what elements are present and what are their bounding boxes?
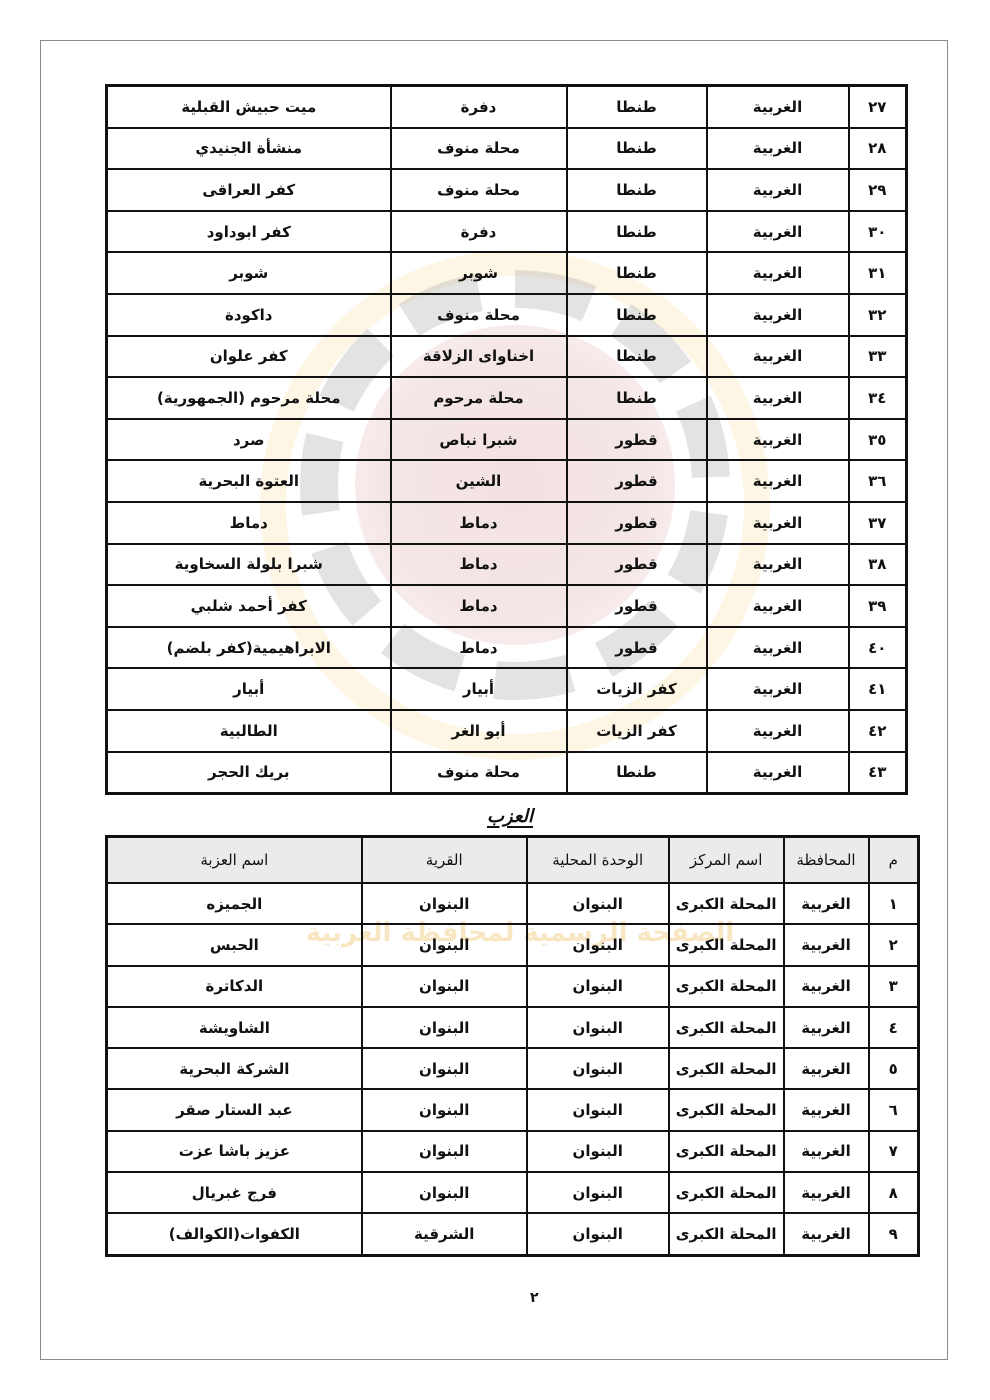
cell-ezba: فرج غبريال: [107, 1172, 362, 1213]
page-number: ٢: [530, 1290, 539, 1306]
cell-no: ٣١: [849, 252, 907, 294]
cell-unit: البنوان: [527, 924, 669, 965]
cell-no: ٩: [869, 1213, 919, 1255]
ezab-table: م المحافظة اسم المركز الوحدة المحلية الق…: [105, 835, 920, 1257]
header-unit: الوحدة المحلية: [527, 837, 669, 884]
cell-no: ٣٣: [849, 336, 907, 378]
cell-unit: دفرة: [391, 86, 567, 128]
cell-village: داكودة: [107, 294, 391, 336]
villages-table-body: ٢٧الغربيةطنطادفرةميت حبيش القبلية٢٨الغرب…: [107, 86, 907, 794]
cell-governorate: الغربية: [784, 1172, 869, 1213]
cell-unit: البنوان: [527, 1007, 669, 1048]
table-row: ٩الغربيةالمحلة الكبرىالبنوانالشرقيةالكفو…: [107, 1213, 919, 1255]
cell-no: ٤٠: [849, 627, 907, 669]
cell-ezba: عبد الستار صقر: [107, 1089, 362, 1130]
cell-unit: دماط: [391, 502, 567, 544]
cell-unit: البنوان: [527, 883, 669, 924]
cell-village: البنوان: [362, 1089, 527, 1130]
cell-center: طنطا: [567, 169, 707, 211]
cell-unit: اخناواى الزلاقة: [391, 336, 567, 378]
table-row: ٦الغربيةالمحلة الكبرىالبنوانالبنوانعبد ا…: [107, 1089, 919, 1130]
cell-center: طنطا: [567, 211, 707, 253]
cell-unit: البنوان: [527, 1172, 669, 1213]
cell-village: كفر علوان: [107, 336, 391, 378]
cell-ezba: الحبس: [107, 924, 362, 965]
cell-no: ٤٣: [849, 752, 907, 794]
cell-unit: محلة منوف: [391, 294, 567, 336]
cell-no: ٣٦: [849, 460, 907, 502]
cell-no: ٤١: [849, 668, 907, 710]
cell-village: الشرقية: [362, 1213, 527, 1255]
table-row: ٣٨الغربيةقطوردماطشبرا بلولة السخاوية: [107, 544, 907, 586]
table-row: ٢٨الغربيةطنطامحلة منوفمنشأة الجنيدي: [107, 128, 907, 170]
cell-no: ٣٤: [849, 377, 907, 419]
cell-village: شوبر: [107, 252, 391, 294]
cell-ezba: عزيز باشا عزت: [107, 1131, 362, 1172]
cell-center: طنطا: [567, 128, 707, 170]
cell-governorate: الغربية: [784, 1048, 869, 1089]
cell-village: صرد: [107, 419, 391, 461]
cell-center: كفر الزيات: [567, 710, 707, 752]
header-ezba: اسم العزبة: [107, 837, 362, 884]
cell-village: منشأة الجنيدي: [107, 128, 391, 170]
cell-ezba: الجميزه: [107, 883, 362, 924]
table-row: ٣الغربيةالمحلة الكبرىالبنوانالبنوانالدكا…: [107, 966, 919, 1007]
cell-village: البنوان: [362, 1048, 527, 1089]
cell-center: المحلة الكبرى: [669, 1089, 784, 1130]
table-row: ٣٤الغربيةطنطامحلة مرحوممحلة مرحوم (الجمه…: [107, 377, 907, 419]
cell-center: المحلة الكبرى: [669, 1172, 784, 1213]
cell-unit: أبيار: [391, 668, 567, 710]
cell-governorate: الغربية: [784, 1131, 869, 1172]
cell-no: ٣: [869, 966, 919, 1007]
cell-center: قطور: [567, 585, 707, 627]
cell-village: البنوان: [362, 924, 527, 965]
table-row: ٢الغربيةالمحلة الكبرىالبنوانالبنوانالحبس: [107, 924, 919, 965]
cell-village: البنوان: [362, 1131, 527, 1172]
cell-unit: البنوان: [527, 1048, 669, 1089]
cell-governorate: الغربية: [707, 294, 849, 336]
table-row: ٣٦الغربيةقطورالشينالعتوة البحرية: [107, 460, 907, 502]
cell-ezba: الشركة البحرية: [107, 1048, 362, 1089]
cell-center: كفر الزيات: [567, 668, 707, 710]
cell-no: ٤٢: [849, 710, 907, 752]
cell-center: المحلة الكبرى: [669, 1048, 784, 1089]
villages-table: ٢٧الغربيةطنطادفرةميت حبيش القبلية٢٨الغرب…: [105, 84, 908, 795]
table-row: ٢٩الغربيةطنطامحلة منوفكفر العراقى: [107, 169, 907, 211]
cell-governorate: الغربية: [707, 627, 849, 669]
table-row: ٤٣الغربيةطنطامحلة منوفبريك الحجر: [107, 752, 907, 794]
cell-no: ١: [869, 883, 919, 924]
table-row: ٣٧الغربيةقطوردماطدماط: [107, 502, 907, 544]
cell-village: دماط: [107, 502, 391, 544]
cell-no: ٥: [869, 1048, 919, 1089]
cell-governorate: الغربية: [784, 966, 869, 1007]
cell-village: محلة مرحوم (الجمهورية): [107, 377, 391, 419]
cell-village: الابراهيمية(كفر بلضم): [107, 627, 391, 669]
cell-governorate: الغربية: [707, 86, 849, 128]
table-row: ٤٢الغربيةكفر الزياتأبو الغرالطالبية: [107, 710, 907, 752]
cell-governorate: الغربية: [707, 502, 849, 544]
cell-governorate: الغربية: [784, 924, 869, 965]
cell-center: قطور: [567, 627, 707, 669]
cell-center: قطور: [567, 502, 707, 544]
cell-no: ٢٧: [849, 86, 907, 128]
cell-unit: محلة منوف: [391, 128, 567, 170]
cell-village: كفر أحمد شلبي: [107, 585, 391, 627]
table-row: ٧الغربيةالمحلة الكبرىالبنوانالبنوانعزيز …: [107, 1131, 919, 1172]
cell-center: طنطا: [567, 377, 707, 419]
cell-unit: دماط: [391, 544, 567, 586]
cell-governorate: الغربية: [784, 1007, 869, 1048]
cell-no: ٣٨: [849, 544, 907, 586]
cell-center: المحلة الكبرى: [669, 1007, 784, 1048]
cell-unit: البنوان: [527, 966, 669, 1007]
cell-no: ٦: [869, 1089, 919, 1130]
table-row: ٤٠الغربيةقطوردماطالابراهيمية(كفر بلضم): [107, 627, 907, 669]
cell-no: ٢: [869, 924, 919, 965]
cell-unit: البنوان: [527, 1089, 669, 1130]
cell-village: ميت حبيش القبلية: [107, 86, 391, 128]
cell-no: ٤: [869, 1007, 919, 1048]
cell-governorate: الغربية: [784, 1213, 869, 1255]
cell-governorate: الغربية: [707, 211, 849, 253]
cell-center: طنطا: [567, 336, 707, 378]
cell-center: المحلة الكبرى: [669, 924, 784, 965]
cell-ezba: الكفوات(الكوالف): [107, 1213, 362, 1255]
table-row: ٥الغربيةالمحلة الكبرىالبنوانالبنوانالشرك…: [107, 1048, 919, 1089]
cell-center: قطور: [567, 460, 707, 502]
cell-no: ٢٨: [849, 128, 907, 170]
cell-ezba: الدكاترة: [107, 966, 362, 1007]
cell-no: ٢٩: [849, 169, 907, 211]
cell-governorate: الغربية: [707, 419, 849, 461]
cell-village: كفر ابوداود: [107, 211, 391, 253]
cell-governorate: الغربية: [707, 252, 849, 294]
cell-no: ٣٠: [849, 211, 907, 253]
cell-unit: أبو الغر: [391, 710, 567, 752]
cell-unit: شبرا نباص: [391, 419, 567, 461]
cell-no: ٣٢: [849, 294, 907, 336]
cell-unit: محلة منوف: [391, 169, 567, 211]
table-row: ١الغربيةالمحلة الكبرىالبنوانالبنوانالجمي…: [107, 883, 919, 924]
header-center: اسم المركز: [669, 837, 784, 884]
cell-village: أبيار: [107, 668, 391, 710]
cell-governorate: الغربية: [784, 1089, 869, 1130]
cell-village: كفر العراقى: [107, 169, 391, 211]
ezab-section-title: العزب: [470, 806, 550, 827]
cell-village: شبرا بلولة السخاوية: [107, 544, 391, 586]
cell-center: المحلة الكبرى: [669, 1131, 784, 1172]
cell-unit: محلة منوف: [391, 752, 567, 794]
cell-unit: دماط: [391, 585, 567, 627]
cell-no: ٣٥: [849, 419, 907, 461]
ezab-table-header-row: م المحافظة اسم المركز الوحدة المحلية الق…: [107, 837, 919, 884]
cell-unit: البنوان: [527, 1131, 669, 1172]
table-row: ٣٢الغربيةطنطامحلة منوفداكودة: [107, 294, 907, 336]
table-row: ٤الغربيةالمحلة الكبرىالبنوانالبنوانالشاو…: [107, 1007, 919, 1048]
cell-village: الطالبية: [107, 710, 391, 752]
cell-village: العتوة البحرية: [107, 460, 391, 502]
cell-village: البنوان: [362, 966, 527, 1007]
cell-unit: محلة مرحوم: [391, 377, 567, 419]
table-row: ٨الغربيةالمحلة الكبرىالبنوانالبنوانفرج غ…: [107, 1172, 919, 1213]
cell-village: البنوان: [362, 883, 527, 924]
cell-governorate: الغربية: [784, 883, 869, 924]
cell-governorate: الغربية: [707, 752, 849, 794]
header-village: القرية: [362, 837, 527, 884]
cell-unit: شوبر: [391, 252, 567, 294]
cell-unit: البنوان: [527, 1213, 669, 1255]
header-governorate: المحافظة: [784, 837, 869, 884]
cell-center: طنطا: [567, 252, 707, 294]
cell-center: قطور: [567, 544, 707, 586]
cell-no: ٣٧: [849, 502, 907, 544]
cell-center: طنطا: [567, 752, 707, 794]
cell-governorate: الغربية: [707, 710, 849, 752]
cell-center: المحلة الكبرى: [669, 1213, 784, 1255]
cell-village: بريك الحجر: [107, 752, 391, 794]
table-row: ٣١الغربيةطنطاشوبرشوبر: [107, 252, 907, 294]
cell-no: ٣٩: [849, 585, 907, 627]
cell-center: المحلة الكبرى: [669, 966, 784, 1007]
cell-governorate: الغربية: [707, 336, 849, 378]
cell-center: طنطا: [567, 294, 707, 336]
cell-governorate: الغربية: [707, 128, 849, 170]
cell-no: ٧: [869, 1131, 919, 1172]
cell-no: ٨: [869, 1172, 919, 1213]
cell-unit: دماط: [391, 627, 567, 669]
table-row: ٢٧الغربيةطنطادفرةميت حبيش القبلية: [107, 86, 907, 128]
cell-governorate: الغربية: [707, 377, 849, 419]
table-row: ٤١الغربيةكفر الزياتأبيارأبيار: [107, 668, 907, 710]
table-row: ٣٩الغربيةقطوردماطكفر أحمد شلبي: [107, 585, 907, 627]
cell-center: قطور: [567, 419, 707, 461]
cell-village: البنوان: [362, 1007, 527, 1048]
table-row: ٣٥الغربيةقطورشبرا نباصصرد: [107, 419, 907, 461]
cell-center: المحلة الكبرى: [669, 883, 784, 924]
cell-center: طنطا: [567, 86, 707, 128]
table-row: ٣٠الغربيةطنطادفرةكفر ابوداود: [107, 211, 907, 253]
table-row: ٣٣الغربيةطنطااخناواى الزلاقةكفر علوان: [107, 336, 907, 378]
cell-unit: دفرة: [391, 211, 567, 253]
cell-governorate: الغربية: [707, 460, 849, 502]
cell-governorate: الغربية: [707, 585, 849, 627]
header-no: م: [869, 837, 919, 884]
cell-governorate: الغربية: [707, 544, 849, 586]
cell-village: البنوان: [362, 1172, 527, 1213]
cell-governorate: الغربية: [707, 169, 849, 211]
cell-unit: الشين: [391, 460, 567, 502]
cell-governorate: الغربية: [707, 668, 849, 710]
cell-ezba: الشاويشة: [107, 1007, 362, 1048]
ezab-table-body: ١الغربيةالمحلة الكبرىالبنوانالبنوانالجمي…: [107, 883, 919, 1255]
